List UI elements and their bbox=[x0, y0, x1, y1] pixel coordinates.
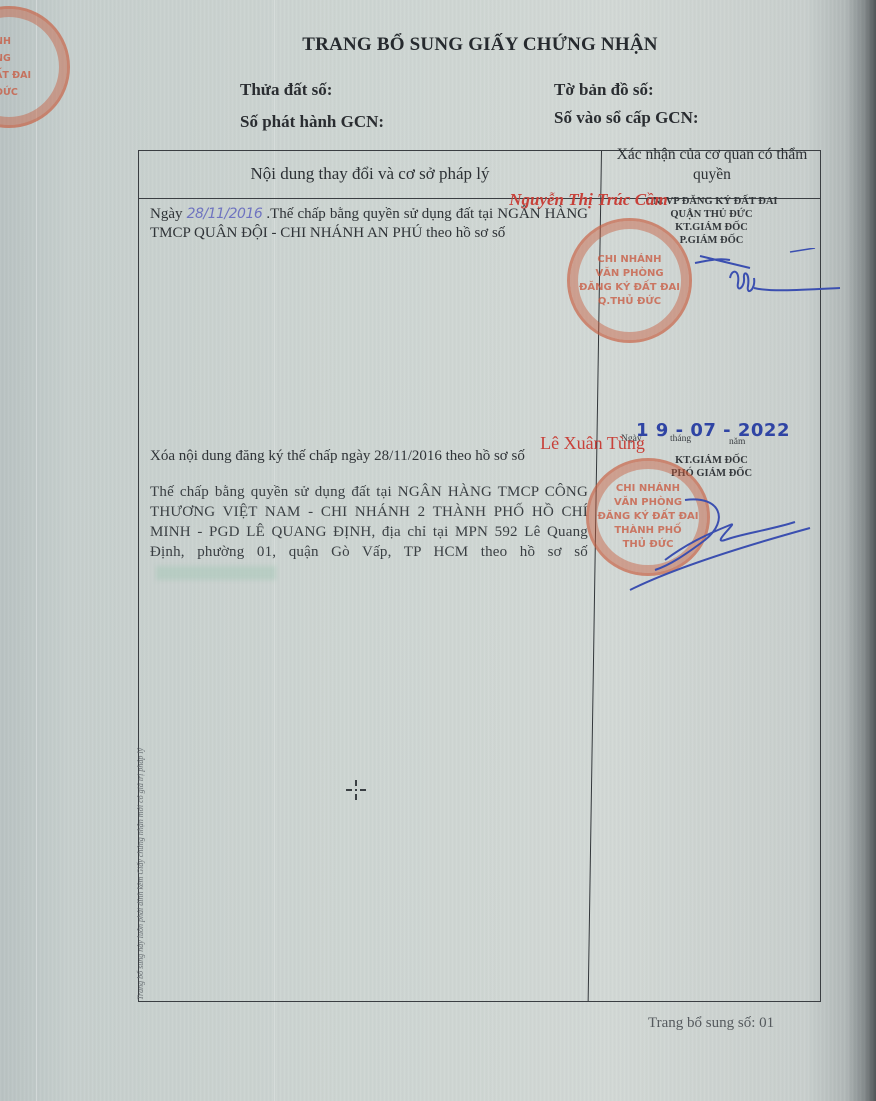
top-left-stamp: NH NG ẤT ĐAI ĐỨC bbox=[0, 6, 70, 128]
stamp-line: ẤT ĐAI bbox=[0, 67, 67, 84]
stamp-line: CHI NHÁNH bbox=[589, 482, 707, 496]
field-to-ban-do-so: Tờ bản đồ số: bbox=[554, 80, 654, 100]
redacted-file-number bbox=[156, 566, 276, 580]
page-footer: Trang bổ sung số: 01 bbox=[648, 1015, 774, 1032]
scan-line bbox=[36, 0, 37, 1101]
official-stamp-1: CHI NHÁNH VĂN PHÒNG ĐĂNG KÝ ĐẤT ĐAI Q.TH… bbox=[567, 218, 692, 343]
stamp-line: THỦ ĐỨC bbox=[589, 538, 707, 552]
header-authority-text: Xác nhận của cơ quan có thẩm quyền bbox=[617, 146, 808, 183]
page-edge-shadow bbox=[846, 0, 876, 1101]
entry-text: Xóa nội dung đăng ký thế chấp ngày 28/11… bbox=[150, 448, 525, 464]
changes-table: Nội dung thay đổi và cơ sở pháp lý Xác n… bbox=[138, 150, 821, 1002]
header-content-changes: Nội dung thay đổi và cơ sở pháp lý bbox=[139, 164, 601, 184]
header-authority-confirmation: Xác nhận của cơ quan có thẩm quyền bbox=[603, 145, 821, 185]
stamp-line: ĐĂNG KÝ ĐẤT ĐAI bbox=[589, 510, 707, 524]
entry-3: Thế chấp bằng quyền sử dụng đất tại NGÂN… bbox=[150, 482, 588, 582]
field-so-phat-hanh-gcn: Số phát hành GCN: bbox=[240, 112, 384, 132]
stamp-line: THÀNH PHỐ bbox=[589, 524, 707, 538]
stamp-line: NG bbox=[0, 50, 67, 67]
document-title: TRANG BỔ SUNG GIẤY CHỨNG NHẬN bbox=[270, 34, 690, 56]
stamp-line: Q.THỦ ĐỨC bbox=[570, 295, 689, 309]
signer-2-name: Lê Xuân Tùng bbox=[482, 433, 703, 454]
official-stamp-2: CHI NHÁNH VĂN PHÒNG ĐĂNG KÝ ĐẤT ĐAI THÀN… bbox=[586, 458, 710, 576]
entry-text: Thế chấp bằng quyền sử dụng đất tại NGÂN… bbox=[150, 484, 588, 560]
handwritten-date: 28/11/2016 bbox=[187, 206, 263, 222]
crosshair-icon bbox=[346, 780, 366, 800]
stamp-line: ĐỨC bbox=[0, 84, 67, 101]
signer-1-name: Nguyễn Thị Trúc Cầm bbox=[478, 190, 699, 210]
stamp-line: ĐĂNG KÝ ĐẤT ĐAI bbox=[570, 281, 689, 295]
stamp-line: VĂN PHÒNG bbox=[570, 267, 689, 281]
side-note: Trang bổ sung này luôn phải đính kèm Giấ… bbox=[136, 748, 145, 1000]
field-thua-dat-so: Thửa đất số: bbox=[240, 80, 332, 100]
stamp-line: VĂN PHÒNG bbox=[589, 496, 707, 510]
field-so-vao-so-cap-gcn: Số vào sổ cấp GCN: bbox=[554, 108, 699, 128]
entry-1: Ngày 28/11/2016 .Thế chấp bằng quyền sử … bbox=[150, 205, 588, 243]
stamp-line: NH bbox=[0, 33, 67, 50]
entry-date-prefix: Ngày bbox=[150, 206, 183, 222]
stamp-line: CHI NHÁNH bbox=[570, 253, 689, 267]
